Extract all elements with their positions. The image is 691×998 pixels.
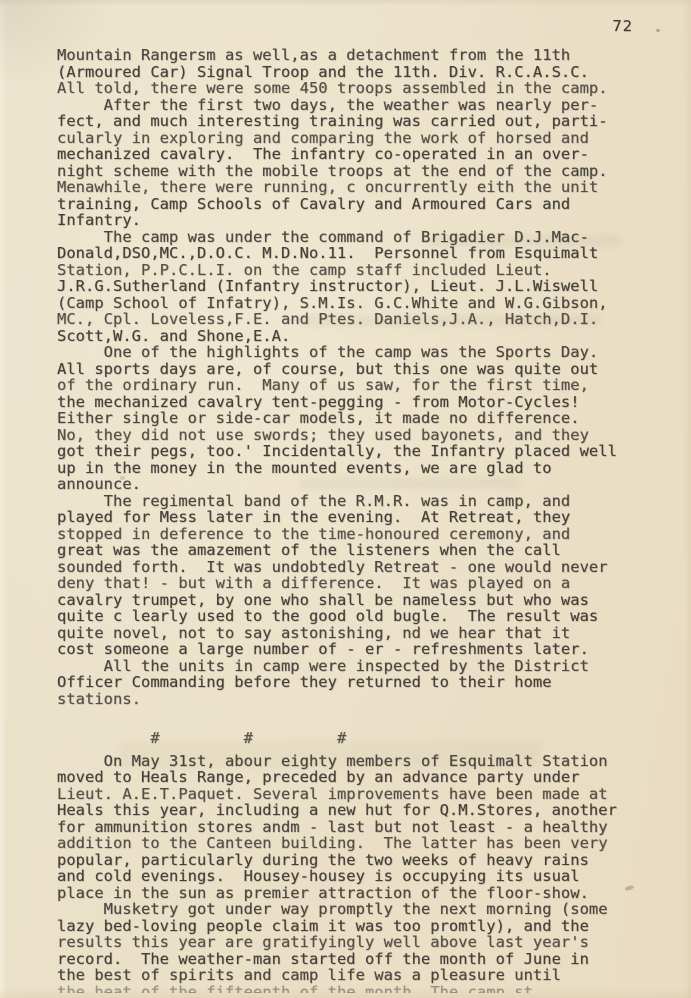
text-column: Mountain Rangersm as well,as a detachmen… [57, 0, 657, 993]
scanned-page: 72 Mountain Rangersm as well,as a detach… [0, 0, 691, 998]
text-line: great was the amazement of the listeners… [57, 542, 657, 559]
text-line: Scott,W.G. and Shone,E.A. [57, 328, 657, 345]
text-line: record. The weather-man started off the … [57, 951, 657, 968]
scan-edge-right [683, 0, 691, 998]
text-line: night scheme with the mobile troops at t… [57, 163, 657, 180]
partial-clipped-line: the heat of the fifteenth of the month. … [57, 984, 657, 993]
text-line: All told, there were some 450 troops ass… [57, 80, 657, 97]
text-line: got their pegs, too.' Incidentally, the … [57, 443, 657, 460]
text-line: All the units in camp were inspected by … [57, 658, 657, 675]
text-line: stations. [57, 691, 657, 708]
text-line: results this year are gratifyingly well … [57, 934, 657, 951]
text-line: cost someone a large number of - er - re… [57, 641, 657, 658]
separator-row: # # # [57, 730, 657, 747]
text-line: Station, P.P.C.L.I. on the camp staff in… [57, 262, 657, 279]
text-line: (Armoured Car) Signal Troop and the 11th… [57, 64, 657, 81]
text-line: (Camp School of Infatry), S.M.Is. G.C.Wh… [57, 295, 657, 312]
text-line: On May 31st, abour eighty members of Esq… [57, 753, 657, 770]
text-line: The camp was under the command of Brigad… [57, 229, 657, 246]
text-line: quite novel, not to say astonishing, nd … [57, 625, 657, 642]
text-line: popular, particularly during the two wee… [57, 852, 657, 869]
text-line: mechanized cavalry. The infantry co-oper… [57, 146, 657, 163]
text-line: place in the sun as premier attraction o… [57, 885, 657, 902]
paragraph: The regimental band of the R.M.R. was in… [57, 493, 657, 658]
text-line: The regimental band of the R.M.R. was in… [57, 493, 657, 510]
text-line: deny that! - but with a difference. It w… [57, 575, 657, 592]
text-line: the heat of the fifteenth of the month. … [57, 984, 657, 993]
text-line: Menawhile, there were running, c oncurre… [57, 179, 657, 196]
paragraph: After the first two days, the weather wa… [57, 97, 657, 229]
text-line: Mountain Rangersm as well,as a detachmen… [57, 47, 657, 64]
text-line: sounded forth. It was undobtedly Retreat… [57, 559, 657, 576]
text-line: Heals this year, including a new hut for… [57, 802, 657, 819]
text-line: J.R.G.Sutherland (Infantry instructor), … [57, 278, 657, 295]
text-line: One of the highlights of the camp was th… [57, 344, 657, 361]
text-line: Either single or side-car models, it mad… [57, 410, 657, 427]
text-line: moved to Heals Range, preceded by an adv… [57, 769, 657, 786]
text-line: cavalry trumpet, by one who shall be nam… [57, 592, 657, 609]
text-line: MC., Cpl. Loveless,F.E. and Ptes. Daniel… [57, 311, 657, 328]
text-line: for ammunition stores andm - last but no… [57, 819, 657, 836]
paragraph: The camp was under the command of Brigad… [57, 229, 657, 345]
text-line: of the ordinary run. Many of us saw, for… [57, 377, 657, 394]
text-line: stopped in deference to the time-honoure… [57, 526, 657, 543]
text-line: and cold evenings. Housey-housey is occu… [57, 868, 657, 885]
text-line: training, Camp Schools of Cavalry and Ar… [57, 196, 657, 213]
paragraph: One of the highlights of the camp was th… [57, 344, 657, 493]
text-line: addition to the Canteen building. The la… [57, 835, 657, 852]
text-line: cularly in exploring and comparing the w… [57, 130, 657, 147]
text-line: the mechanized cavalry tent-pegging - fr… [57, 394, 657, 411]
text-line: the best of spirits and camp life was a … [57, 967, 657, 984]
paragraph: Musketry got under way promptly the next… [57, 901, 657, 984]
text-line: No, they did not use swords; they used b… [57, 427, 657, 444]
text-line: After the first two days, the weather wa… [57, 97, 657, 114]
paragraph: On May 31st, abour eighty members of Esq… [57, 753, 657, 902]
paragraph: All the units in camp were inspected by … [57, 658, 657, 708]
separator-hashes: # # # [57, 730, 657, 747]
text-line: Infantry. [57, 212, 657, 229]
text-line: played for Mess later in the evening. At… [57, 509, 657, 526]
text-line: Officer Commanding before they returned … [57, 674, 657, 691]
text-line: Lieut. A.E.T.Paquet. Several improvement… [57, 786, 657, 803]
text-line: All sports days are, of course, but this… [57, 361, 657, 378]
text-line: up in the money in the mounted events, w… [57, 460, 657, 477]
text-line: lazy bed-loving people claim it was too … [57, 918, 657, 935]
scan-edge-left [0, 0, 7, 998]
text-line: quite c learly used to the good old bugl… [57, 608, 657, 625]
text-line: Donald,DSO,MC.,D.O.C. M.D.No.11. Personn… [57, 245, 657, 262]
text-line: Musketry got under way promptly the next… [57, 901, 657, 918]
paragraph: Mountain Rangersm as well,as a detachmen… [57, 47, 657, 97]
text-line: announce. [57, 476, 657, 493]
text-line: fect, and much interesting training was … [57, 113, 657, 130]
